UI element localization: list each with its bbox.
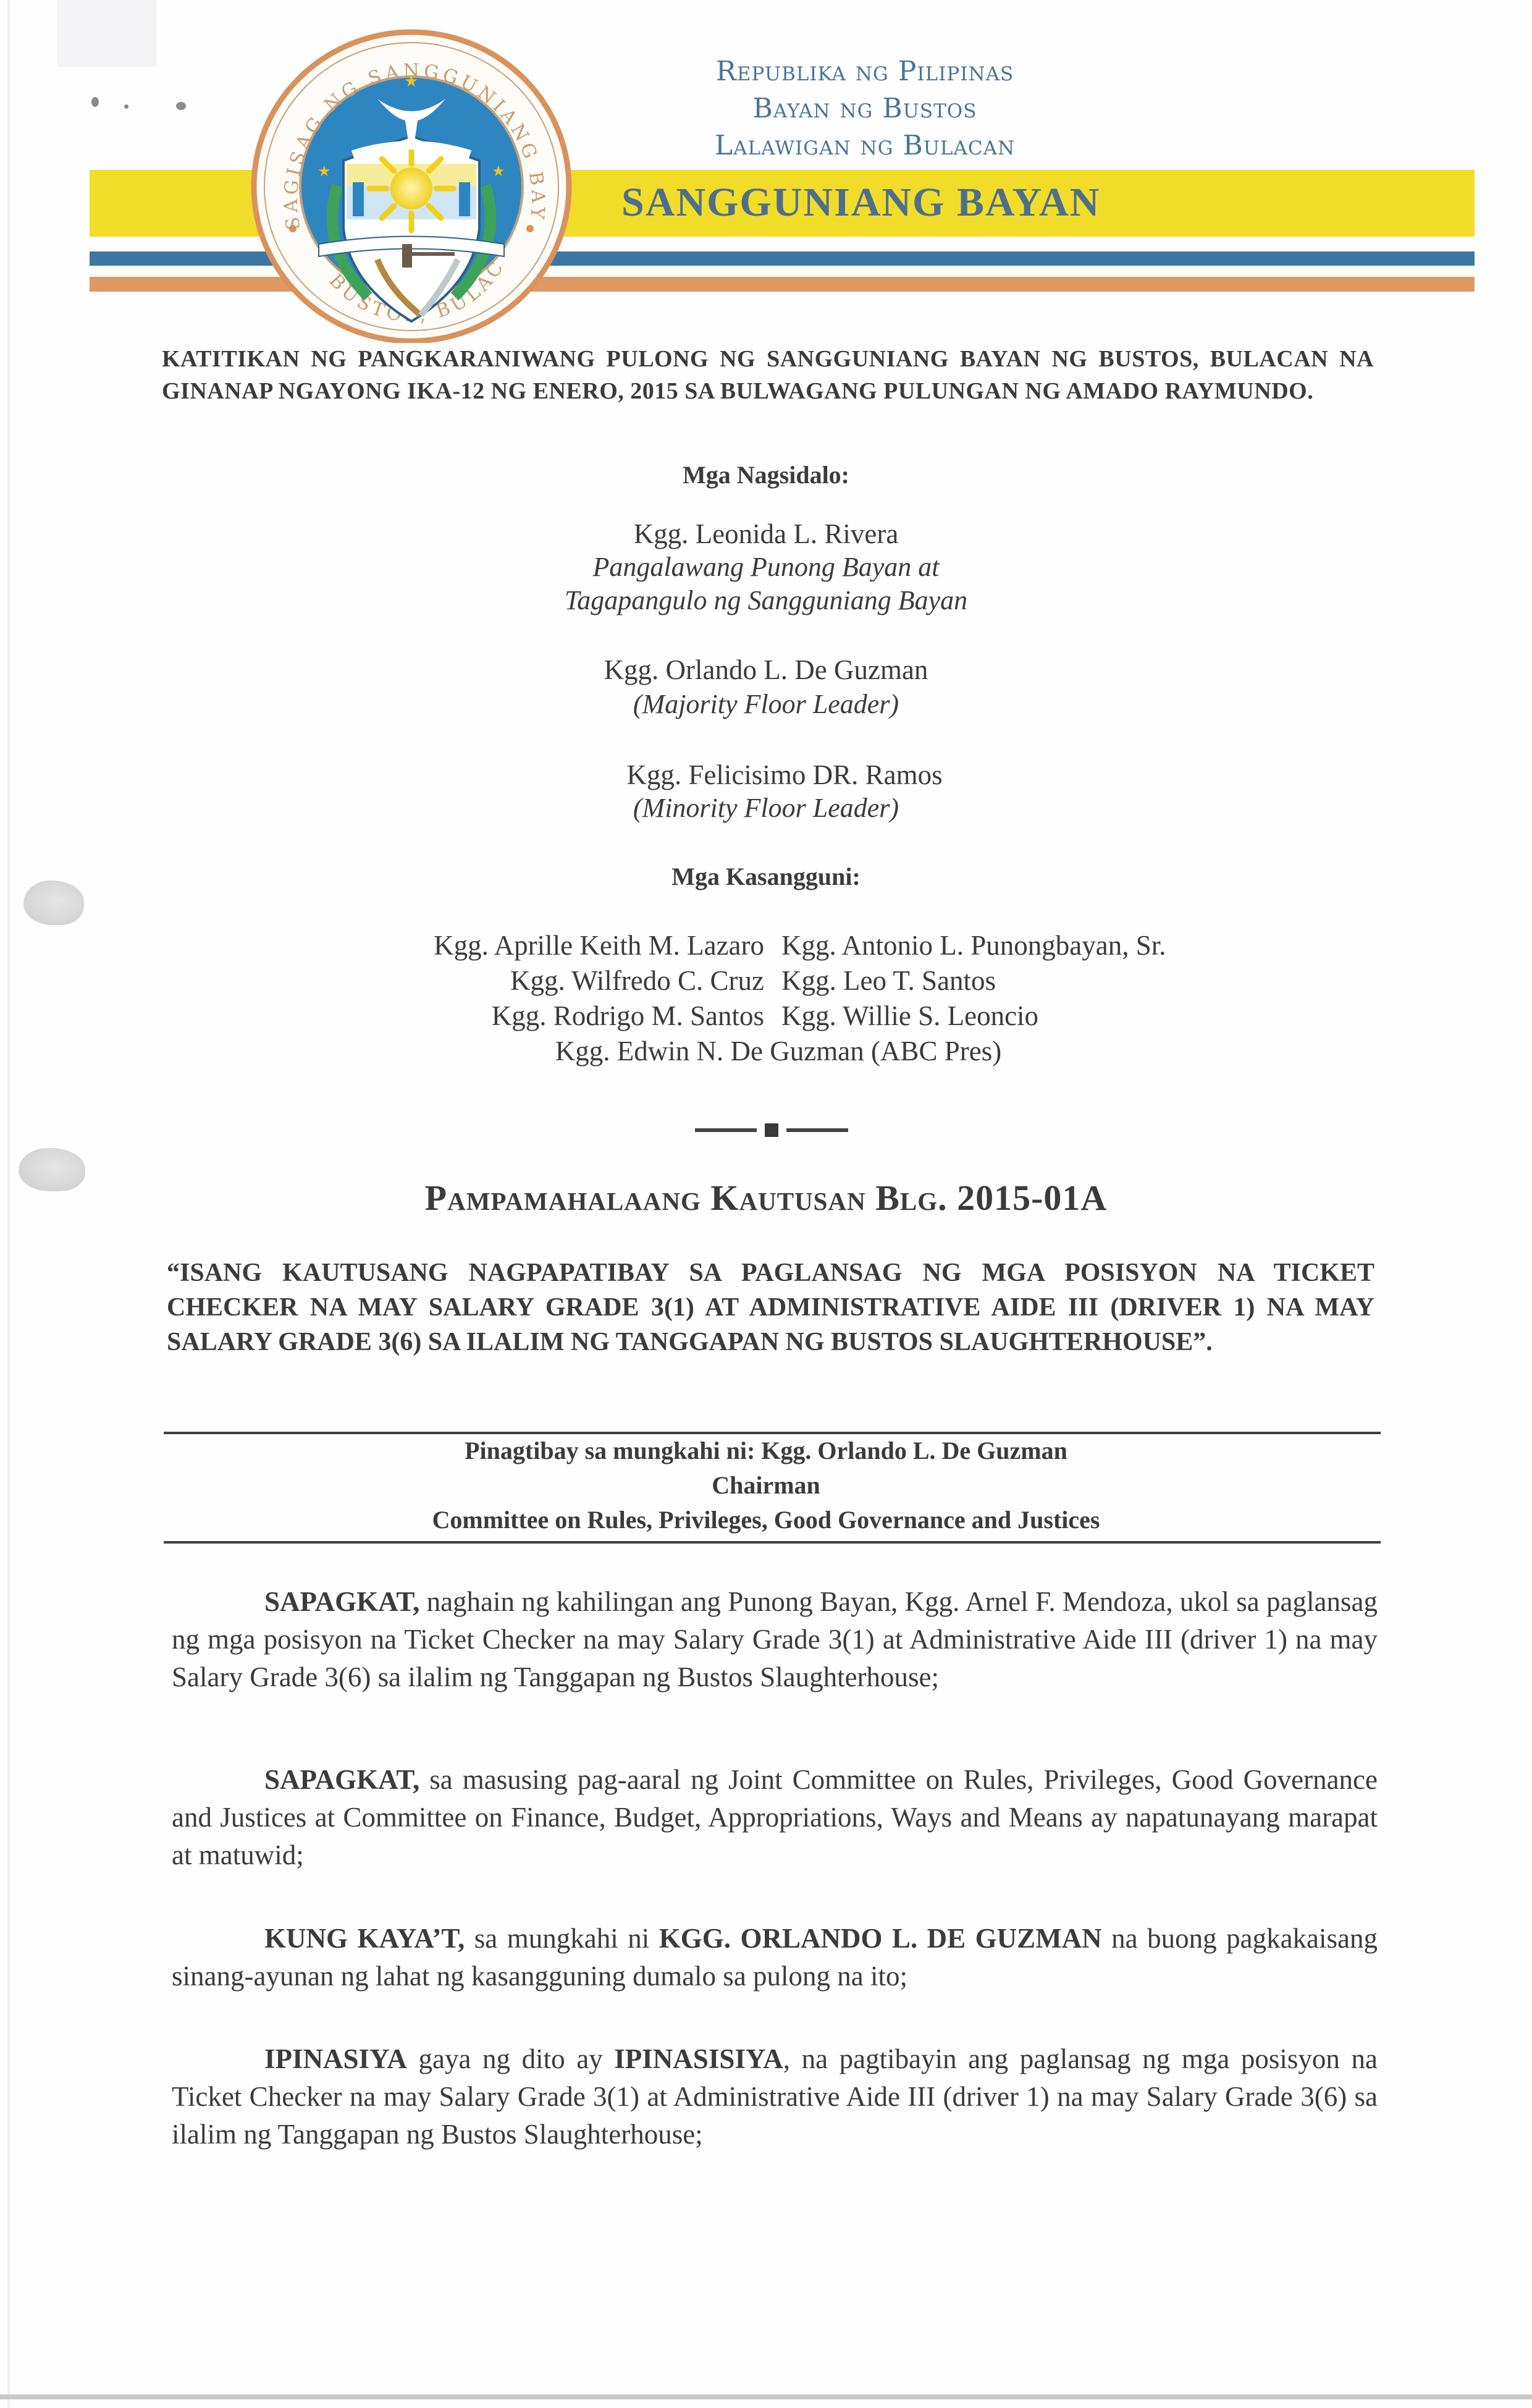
resolved-paragraph: IPINASIYA gaya ng dito ay IPINASISIYA, n…: [172, 2040, 1378, 2153]
divider-line: [695, 1128, 757, 1132]
council-row: Kgg. Rodrigo M. Santos Kgg. Willie S. Le…: [371, 999, 1235, 1034]
official-role: Tagapangulo ng Sangguniang Bayan: [0, 585, 1532, 616]
official-name: Kgg. Orlando L. De Guzman: [0, 654, 1532, 686]
official-name: Kgg. Leonida L. Rivera: [0, 518, 1532, 550]
sponsor-committee: Committee on Rules, Privileges, Good Gov…: [0, 1503, 1532, 1537]
minutes-heading: KATITIKAN NG PANGKARANIWANG PULONG NG SA…: [162, 343, 1374, 407]
ornamental-divider: [695, 1123, 849, 1138]
divider-line: [786, 1128, 848, 1132]
paragraph-emphasis: KGG. ORLANDO L. DE GUZMAN: [659, 1923, 1102, 1954]
council-member: Kgg. Antonio L. Punongbayan, Sr.: [781, 928, 1235, 963]
official-role: Pangalawang Punong Bayan at: [0, 551, 1532, 583]
paragraph-text: gaya ng dito ay: [407, 2043, 614, 2074]
paragraph-text: sa mungkahi ni: [465, 1923, 659, 1954]
paragraph-lead: SAPAGKAT,: [264, 1586, 419, 1617]
svg-text:★: ★: [404, 72, 418, 90]
ordinance-title: “ISANG KAUTUSANG NAGPAPATIBAY SA PAGLANS…: [167, 1256, 1374, 1359]
paragraph-emphasis: IPINASISIYA: [614, 2043, 783, 2074]
official-role: (Majority Floor Leader): [0, 688, 1532, 720]
council-member: Kgg. Aprille Keith M. Lazaro: [371, 928, 781, 963]
paragraph-lead: IPINASIYA: [264, 2043, 407, 2074]
sponsor-block: Pinagtibay sa mungkahi ni: Kgg. Orlando …: [0, 1434, 1532, 1537]
letterhead-title: SANGGUNIANG BAYAN: [618, 179, 1177, 226]
council-member: Kgg. Edwin N. De Guzman (ABC Pres): [371, 1034, 1186, 1069]
council-member: Kgg. Leo T. Santos: [781, 963, 1235, 999]
municipal-seal-icon: SAGISAG NG SANGGUNIANG BAYAN BUSTOS, BUL…: [245, 25, 578, 343]
sponsor-line: Pinagtibay sa mungkahi ni: Kgg. Orlando …: [0, 1434, 1532, 1468]
council-row: Kgg. Wilfredo C. Cruz Kgg. Leo T. Santos: [371, 963, 1235, 999]
letterhead-line-republic: Republika ng Pilipinas: [618, 56, 1112, 87]
scan-speck: [124, 104, 128, 109]
scan-artifact: [57, 0, 156, 67]
therefore-paragraph: KUNG KAYA’T, sa mungkahi ni KGG. ORLANDO…: [172, 1920, 1378, 1995]
letterhead-line-municipality: Bayan ng Bustos: [618, 93, 1112, 124]
letterhead-line-province: Lalawigan ng Bulacan: [618, 130, 1112, 161]
paragraph-lead: KUNG KAYA’T,: [264, 1923, 465, 1954]
ordinance-number: Pampamahalaang Kautusan Blg. 2015-01A: [0, 1177, 1532, 1219]
svg-text:★: ★: [492, 164, 505, 180]
council-member: Kgg. Wilfredo C. Cruz: [371, 963, 781, 999]
council-member: Kgg. Willie S. Leoncio: [781, 999, 1235, 1034]
scan-bottom-edge: [0, 2394, 1532, 2399]
scan-speck: [176, 102, 186, 110]
council-list: Kgg. Aprille Keith M. Lazaro Kgg. Antoni…: [371, 928, 1235, 1069]
council-label: Mga Kasangguni:: [0, 862, 1532, 891]
divider-square-icon: [765, 1123, 778, 1137]
rule-bottom: [164, 1541, 1381, 1544]
whereas-paragraph: SAPAGKAT, naghain ng kahilingan ang Puno…: [172, 1583, 1378, 1696]
council-row: Kgg. Aprille Keith M. Lazaro Kgg. Antoni…: [371, 928, 1235, 963]
council-member: Kgg. Rodrigo M. Santos: [371, 999, 781, 1034]
sponsor-position: Chairman: [0, 1468, 1532, 1503]
present-label: Mga Nagsidalo:: [0, 460, 1532, 489]
scan-speck: [91, 97, 99, 107]
official-name: Kgg. Felicisimo DR. Ramos: [0, 759, 1532, 791]
svg-text:★: ★: [318, 164, 331, 180]
official-role: (Minority Floor Leader): [0, 792, 1532, 824]
whereas-paragraph: SAPAGKAT, sa masusing pag-aaral ng Joint…: [172, 1761, 1378, 1874]
paragraph-lead: SAPAGKAT,: [264, 1764, 419, 1795]
